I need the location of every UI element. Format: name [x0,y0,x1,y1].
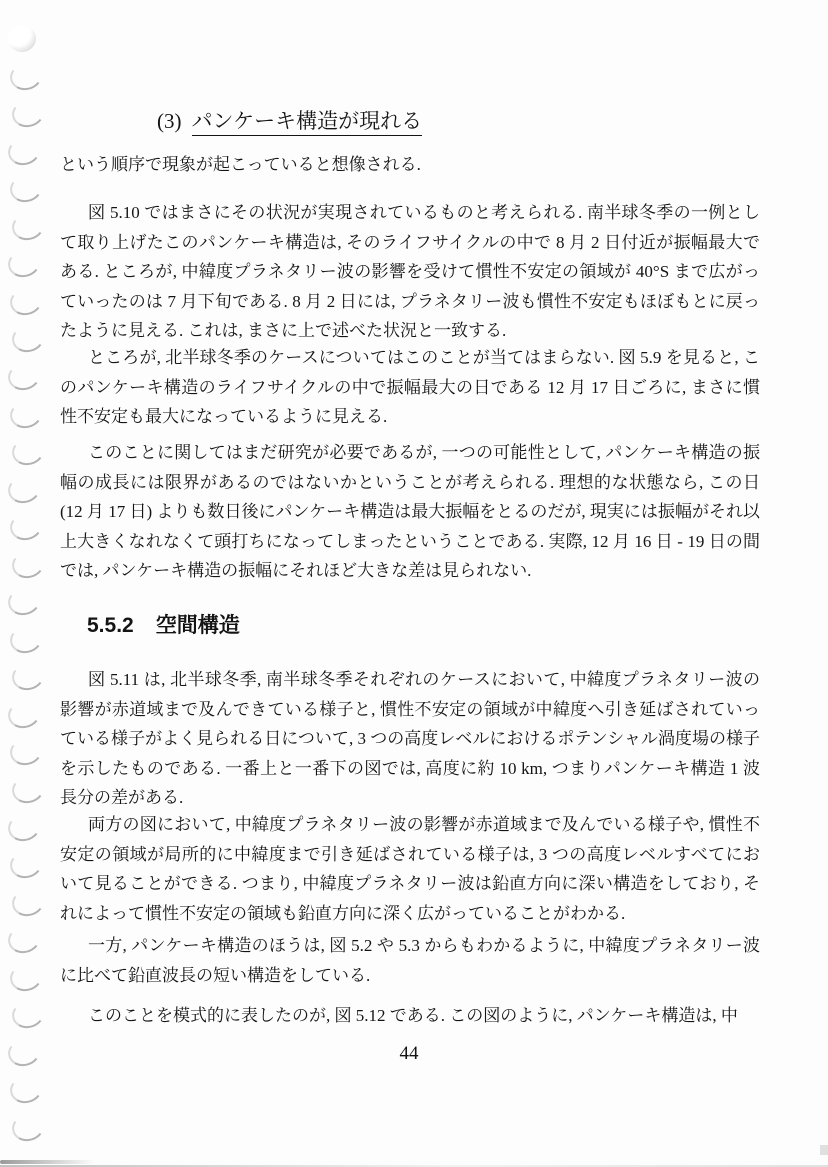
binder-hole [6,698,43,731]
binder-hole [6,811,43,844]
paragraph-3: このことに関してはまだ研究が必要であるが, 一つの可能性として, パンケーキ構造… [60,438,760,586]
binder-hole [10,435,47,468]
binder-hole [10,773,47,806]
paragraph-6: 一方, パンケーキ構造のほうは, 図 5.2 や 5.3 からもわかるように, … [60,931,760,990]
paragraph-4: 図 5.11 は, 北半球冬季, 南半球冬季それぞれのケースにおいて, 中緯度プ… [60,665,760,813]
binder-hole [8,25,36,52]
paragraph-1: 図 5.10 ではまさにその状況が実現されているものと考えられる. 南半球冬季の… [60,198,760,346]
paragraph-7: このことを模式的に表したのが, 図 5.12 である. この図のように, パンケ… [60,1001,760,1031]
binder-hole [8,285,45,318]
lead-sentence: という順序で現象が起こっていると想像される. [60,150,760,180]
binder-hole [8,1073,45,1106]
binder-hole [8,397,45,430]
section-number: 5.5.2 [87,614,134,637]
binder-hole [8,510,45,543]
list-item-3-heading: (3)パンケーキ構造が現れる [157,106,422,136]
binder-hole [8,735,45,768]
binder-hole [6,585,43,618]
binder-hole [10,97,47,130]
binder-hole [6,247,43,280]
binder-hole [8,961,45,994]
binder-hole [10,998,47,1031]
binder-hole [8,623,45,656]
binder-hole [6,473,43,506]
binder-hole [10,210,47,243]
section-heading-5-5-2: 5.5.2空間構造 [87,611,240,641]
section-title: 空間構造 [156,614,240,637]
binder-hole [8,172,45,205]
list-item-text-underlined: パンケーキ構造が現れる [192,109,423,136]
binder-holes [0,0,60,1167]
binder-hole [8,60,45,93]
list-item-marker: (3) [157,109,182,133]
page-number: 44 [62,1043,756,1065]
binder-hole [6,135,43,168]
binder-hole [6,1036,43,1069]
paragraph-2: ところが, 北半球冬季のケースについてはこのことが当てはまらない. 図 5.9 … [60,343,760,432]
scan-mark-bottom-right [820,1145,828,1155]
binder-hole [10,886,47,919]
scanned-thesis-page: (3)パンケーキ構造が現れる という順序で現象が起こっていると想像される. 図 … [0,0,828,1167]
binder-hole [10,660,47,693]
binder-hole [8,848,45,881]
binder-hole [10,1111,47,1144]
scan-smudge-bottom-left [0,1160,95,1164]
binder-hole [10,548,47,581]
paragraph-5: 両方の図において, 中緯度プラネタリー波の影響が赤道域まで及んでいる様子や, 慣… [60,810,760,928]
binder-hole [10,322,47,355]
binder-hole [6,360,43,393]
binder-hole [6,923,43,956]
